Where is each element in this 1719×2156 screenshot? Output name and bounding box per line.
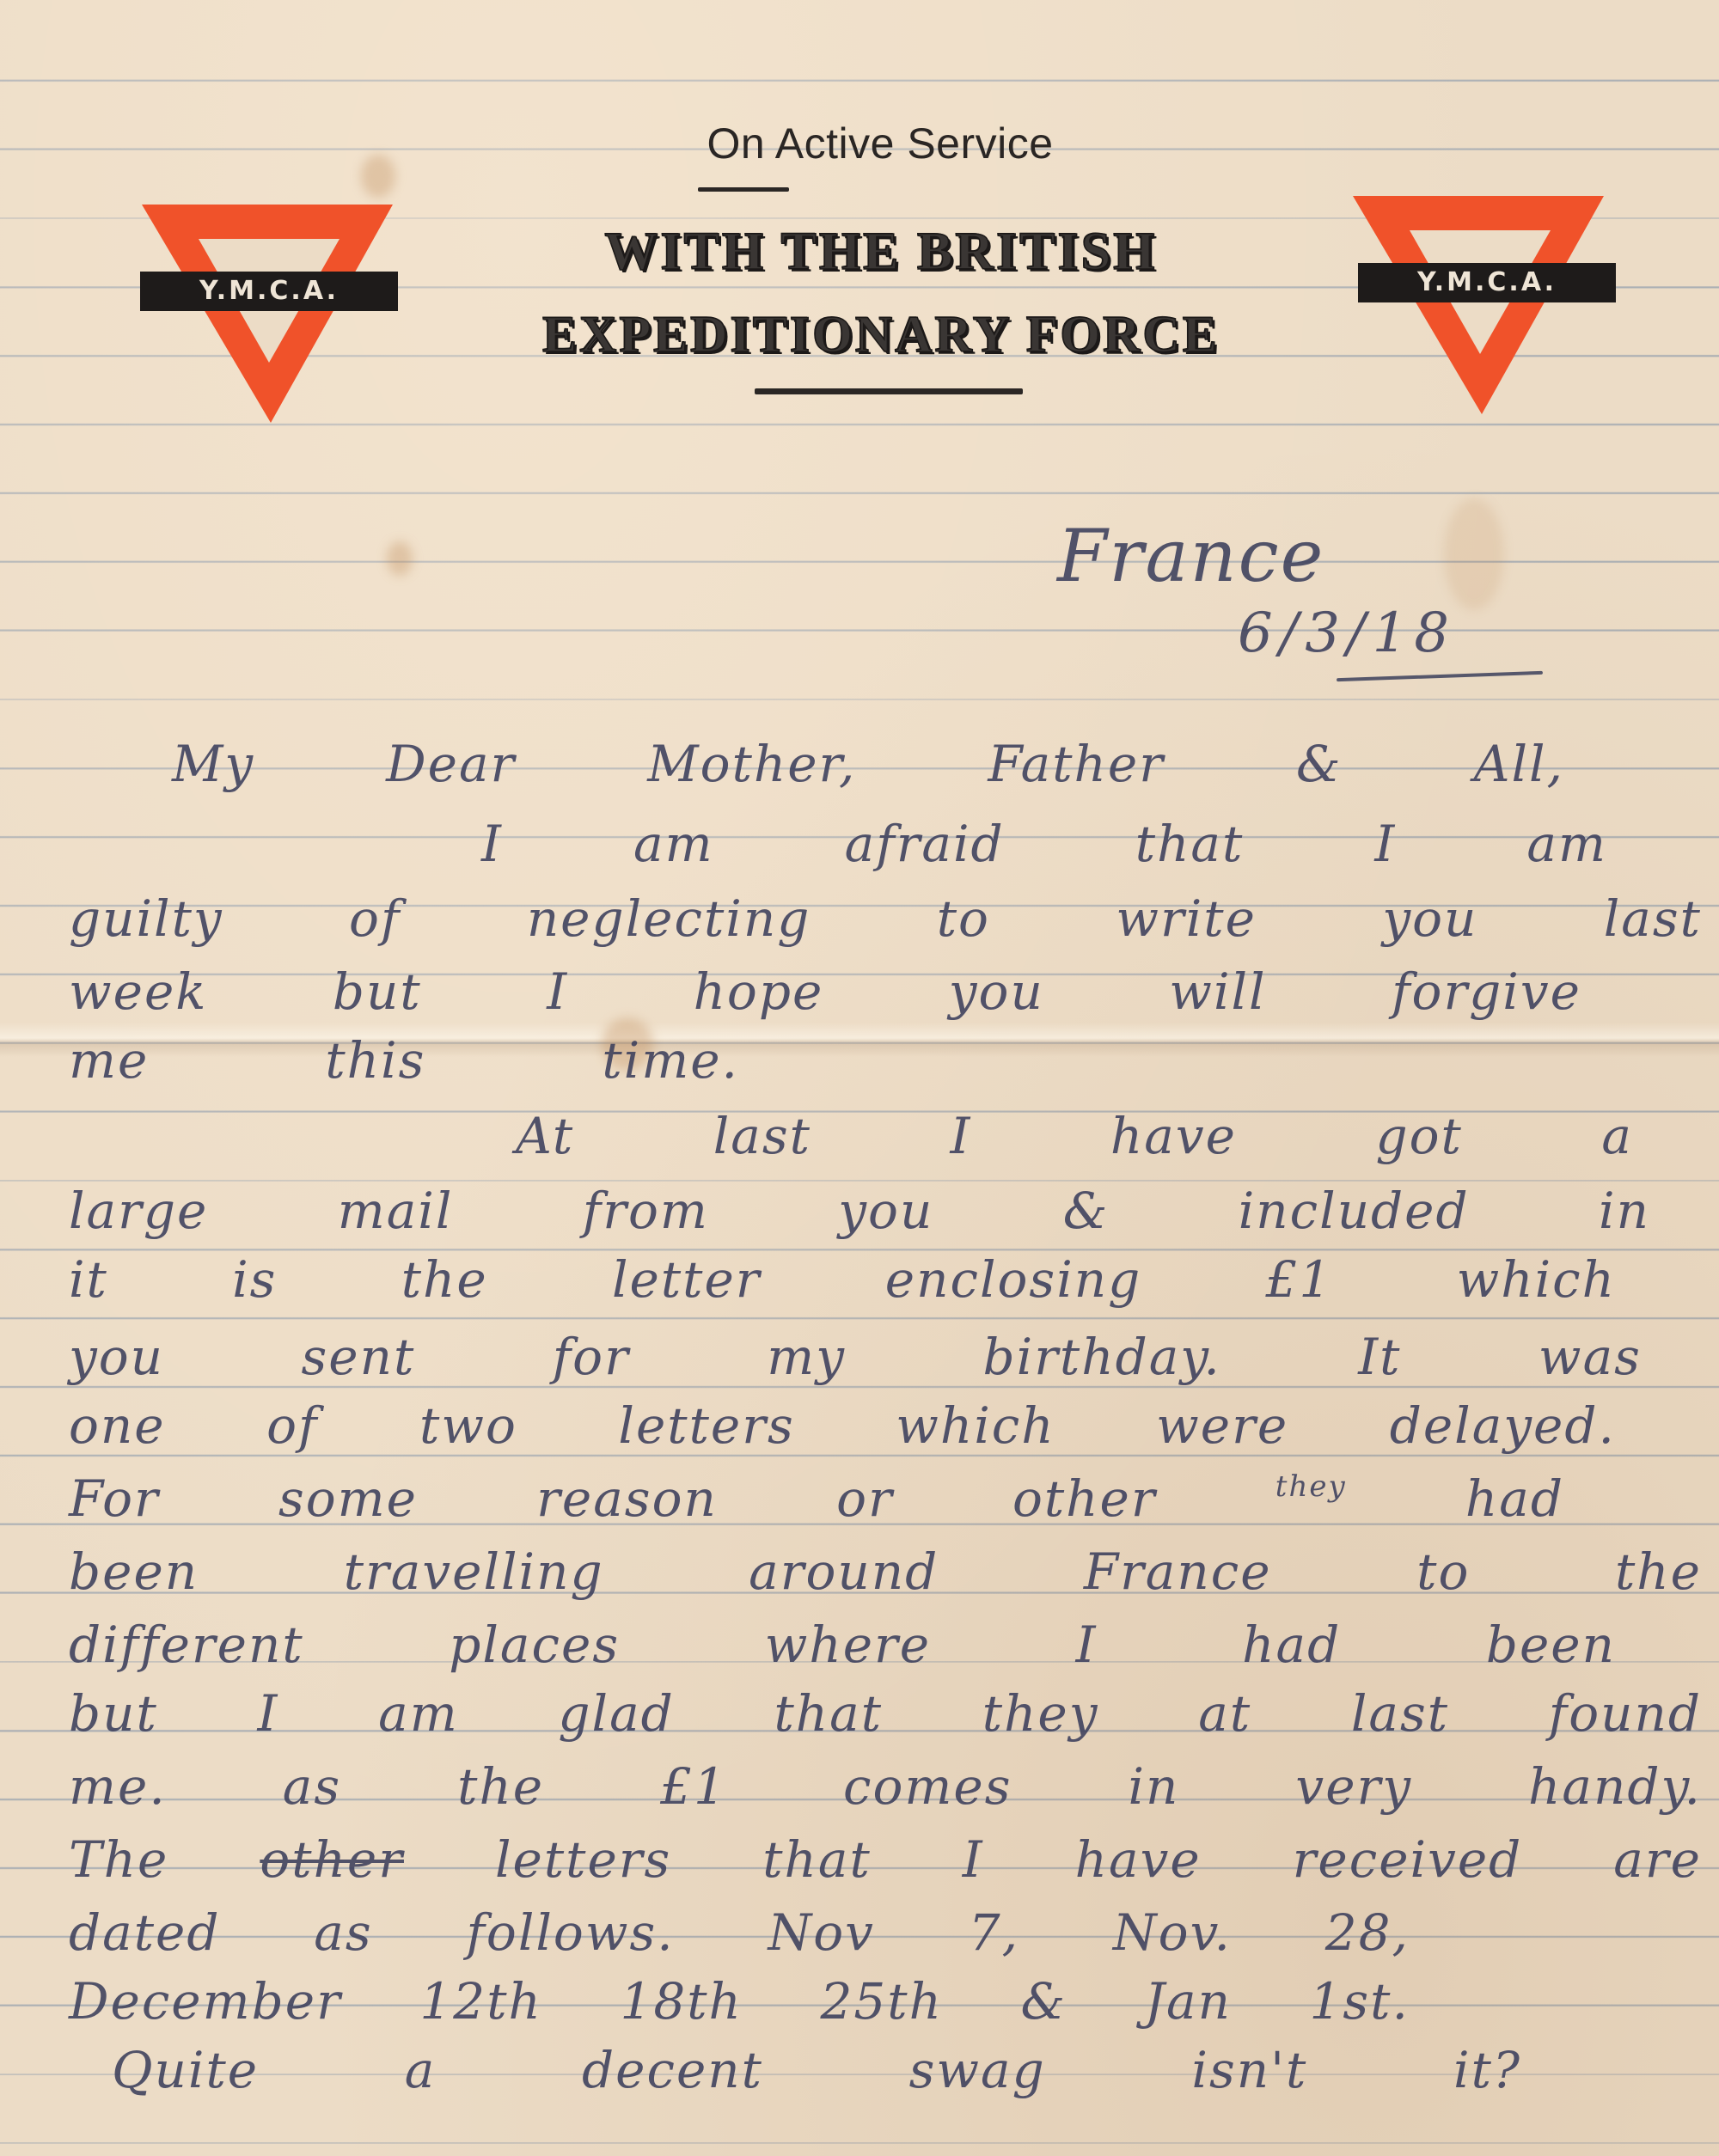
word: guilty [69, 889, 223, 948]
word: at [1198, 1684, 1251, 1743]
word: I [481, 815, 503, 873]
letter-place: France [1057, 514, 1324, 598]
word: 1st. [1310, 1972, 1410, 2031]
word: will [1169, 962, 1266, 1021]
word: had [1465, 1469, 1564, 1528]
body-line: guiltyofneglectingtowriteyoulast [69, 889, 1702, 948]
word: My [172, 735, 254, 793]
word: that [774, 1684, 884, 1743]
word: been [69, 1542, 199, 1601]
word: included [1239, 1182, 1470, 1240]
word: last [713, 1107, 811, 1165]
ymca-label: Y.M.C.A. [140, 272, 398, 311]
word: For [69, 1469, 160, 1528]
word: handy. [1528, 1757, 1702, 1816]
word: I [950, 1107, 971, 1165]
word: am [1526, 815, 1607, 873]
word: for [553, 1328, 630, 1386]
word: Father [988, 735, 1165, 793]
word: It [1358, 1328, 1401, 1386]
body-line: datedasfollows.Nov7,Nov.28, [69, 1903, 1410, 1962]
word: Nov [768, 1903, 875, 1962]
word: All, [1474, 735, 1564, 793]
word: swag [909, 2041, 1046, 2099]
ymca-label: Y.M.C.A. [1358, 263, 1616, 302]
date-underline [1337, 671, 1543, 681]
word: a [1601, 1107, 1633, 1165]
word: very [1295, 1757, 1412, 1816]
word: Quite [112, 2041, 259, 2099]
word: one [69, 1396, 166, 1455]
word: as [314, 1903, 372, 1962]
body-line: itistheletterenclosing£1which [69, 1250, 1616, 1309]
word: was [1539, 1328, 1642, 1386]
word: that [762, 1830, 872, 1889]
word: you [1382, 889, 1477, 948]
word: am [378, 1684, 459, 1743]
ymca-logo-right: Y.M.C.A. [1351, 194, 1609, 418]
word: which [1457, 1250, 1616, 1309]
word: Dear [386, 735, 516, 793]
word: to [937, 889, 990, 948]
triangle-icon [1351, 194, 1609, 418]
ymca-logo-left: Y.M.C.A. [140, 203, 398, 426]
word: I [963, 1830, 984, 1889]
word: where [765, 1615, 931, 1674]
word: mail [338, 1182, 454, 1240]
stain [1444, 498, 1504, 610]
body-line: Quiteadecentswagisn'tit? [112, 2041, 1521, 2099]
word: isn't [1191, 2041, 1307, 2099]
title-line-1: WITH THE BRITISH [516, 222, 1246, 283]
title-line-2: EXPEDITIONARY FORCE [516, 305, 1246, 364]
word: my [767, 1328, 846, 1386]
triangle-icon [140, 203, 398, 426]
word: have [1110, 1107, 1237, 1165]
word: Jan [1145, 1972, 1232, 2031]
word: they [982, 1684, 1099, 1743]
word: found [1549, 1684, 1702, 1743]
word: of [266, 1396, 318, 1455]
word: this [325, 1031, 425, 1090]
word: write [1116, 889, 1257, 948]
word: neglecting [527, 889, 811, 948]
body-line: IamafraidthatIam [481, 815, 1607, 873]
word: it? [1453, 2041, 1521, 2099]
word: enclosing [885, 1250, 1141, 1309]
word: sent [302, 1328, 416, 1386]
letter-page: On Active Service WITH THE BRITISH EXPED… [0, 0, 1719, 2156]
word: time. [602, 1031, 739, 1090]
body-line: methistime. [69, 1031, 739, 1090]
word: forgive [1392, 962, 1581, 1021]
word: I [258, 1684, 279, 1743]
body-line: me.asthe£1comesinveryhandy. [69, 1757, 1702, 1816]
word: other [1012, 1469, 1157, 1528]
word: & [1296, 735, 1343, 793]
word: am [633, 815, 714, 873]
word: Nov. [1113, 1903, 1232, 1962]
stain [387, 541, 413, 576]
word: the [457, 1757, 544, 1816]
word: week [69, 962, 207, 1021]
word: At [516, 1107, 574, 1165]
word: but [69, 1684, 158, 1743]
word: & [1063, 1182, 1110, 1240]
word: in [1129, 1757, 1180, 1816]
body-line: Forsomereasonorothertheyhad [69, 1469, 1564, 1528]
word: been [1486, 1615, 1616, 1674]
word: some [278, 1469, 418, 1528]
word: have [1075, 1830, 1202, 1889]
body-line: weekbutIhopeyouwillforgive [69, 962, 1581, 1021]
word: got [1375, 1107, 1462, 1165]
word: comes [843, 1757, 1012, 1816]
word: 25th [820, 1972, 942, 2031]
body-line: oneoftwoletterswhichweredelayed. [69, 1396, 1616, 1455]
word: reason [536, 1469, 718, 1528]
word: £1 [660, 1757, 727, 1816]
word: you [838, 1182, 933, 1240]
body-line: yousentformybirthday.Itwas [69, 1328, 1642, 1386]
word: 28, [1325, 1903, 1410, 1962]
word: me. [69, 1757, 167, 1816]
word: birthday. [983, 1328, 1221, 1386]
letter-date: 6/3/18 [1238, 602, 1456, 665]
word: letters [618, 1396, 794, 1455]
word: large [69, 1182, 208, 1240]
word: which [896, 1396, 1055, 1455]
word: me [69, 1031, 149, 1090]
word: & [1021, 1972, 1067, 2031]
word: last [1604, 889, 1702, 948]
word: different [69, 1615, 304, 1674]
word: from [583, 1182, 709, 1240]
word: a [405, 2041, 437, 2099]
word: letters [495, 1830, 671, 1889]
word: last [1351, 1684, 1449, 1743]
word: travelling [344, 1542, 604, 1601]
word: around [749, 1542, 939, 1601]
salutation: My Dear Mother, Father & All, [172, 735, 1564, 793]
word: decent [582, 2041, 763, 2099]
word: or [836, 1469, 894, 1528]
struck-word: other [260, 1830, 404, 1889]
word: it [69, 1250, 108, 1309]
word: that [1135, 815, 1245, 873]
word: follows. [466, 1903, 674, 1962]
divider [755, 388, 1023, 394]
word: the [401, 1250, 488, 1309]
body-line: differentplaceswhereIhadbeen [69, 1615, 1616, 1674]
word: received [1293, 1830, 1523, 1889]
on-active-service-text: On Active Service [0, 119, 1719, 168]
body-line: AtlastIhavegota [516, 1107, 1633, 1165]
word: as [283, 1757, 341, 1816]
word: I [1076, 1615, 1098, 1674]
body-line: butIamgladthattheyatlastfound [69, 1684, 1702, 1743]
word: glad [558, 1684, 674, 1743]
word: to [1416, 1542, 1470, 1601]
word: in [1599, 1182, 1650, 1240]
inserted-word: they [1275, 1469, 1347, 1528]
body-line: TheotherlettersthatIhavereceivedare [69, 1830, 1702, 1889]
word: December [69, 1972, 342, 2031]
word: 12th [419, 1972, 541, 2031]
body-line: December12th18th25th&Jan1st. [69, 1972, 1410, 2031]
word: I [547, 962, 568, 1021]
body-line: beentravellingaroundFrancetothe [69, 1542, 1702, 1601]
divider [698, 187, 789, 192]
word: is [232, 1250, 277, 1309]
word: you [69, 1328, 164, 1386]
word: hope [694, 962, 824, 1021]
word: 18th [620, 1972, 742, 2031]
word: dated [69, 1903, 220, 1962]
body-line: largemailfromyou&includedin [69, 1182, 1650, 1240]
word: letter [612, 1250, 762, 1309]
word: of [349, 889, 401, 948]
word: were [1156, 1396, 1288, 1455]
word: but [333, 962, 422, 1021]
word: 7, [969, 1903, 1019, 1962]
word: delayed. [1390, 1396, 1616, 1455]
word: Mother, [647, 735, 856, 793]
word: France [1084, 1542, 1272, 1601]
word: had [1242, 1615, 1341, 1674]
word: The [69, 1830, 168, 1889]
word: places [449, 1615, 620, 1674]
word: you [949, 962, 1044, 1021]
word: are [1613, 1830, 1702, 1889]
word: the [1615, 1542, 1702, 1601]
word: £1 [1266, 1250, 1333, 1309]
word: afraid [845, 815, 1005, 873]
word: two [419, 1396, 517, 1455]
word: I [1374, 815, 1396, 873]
